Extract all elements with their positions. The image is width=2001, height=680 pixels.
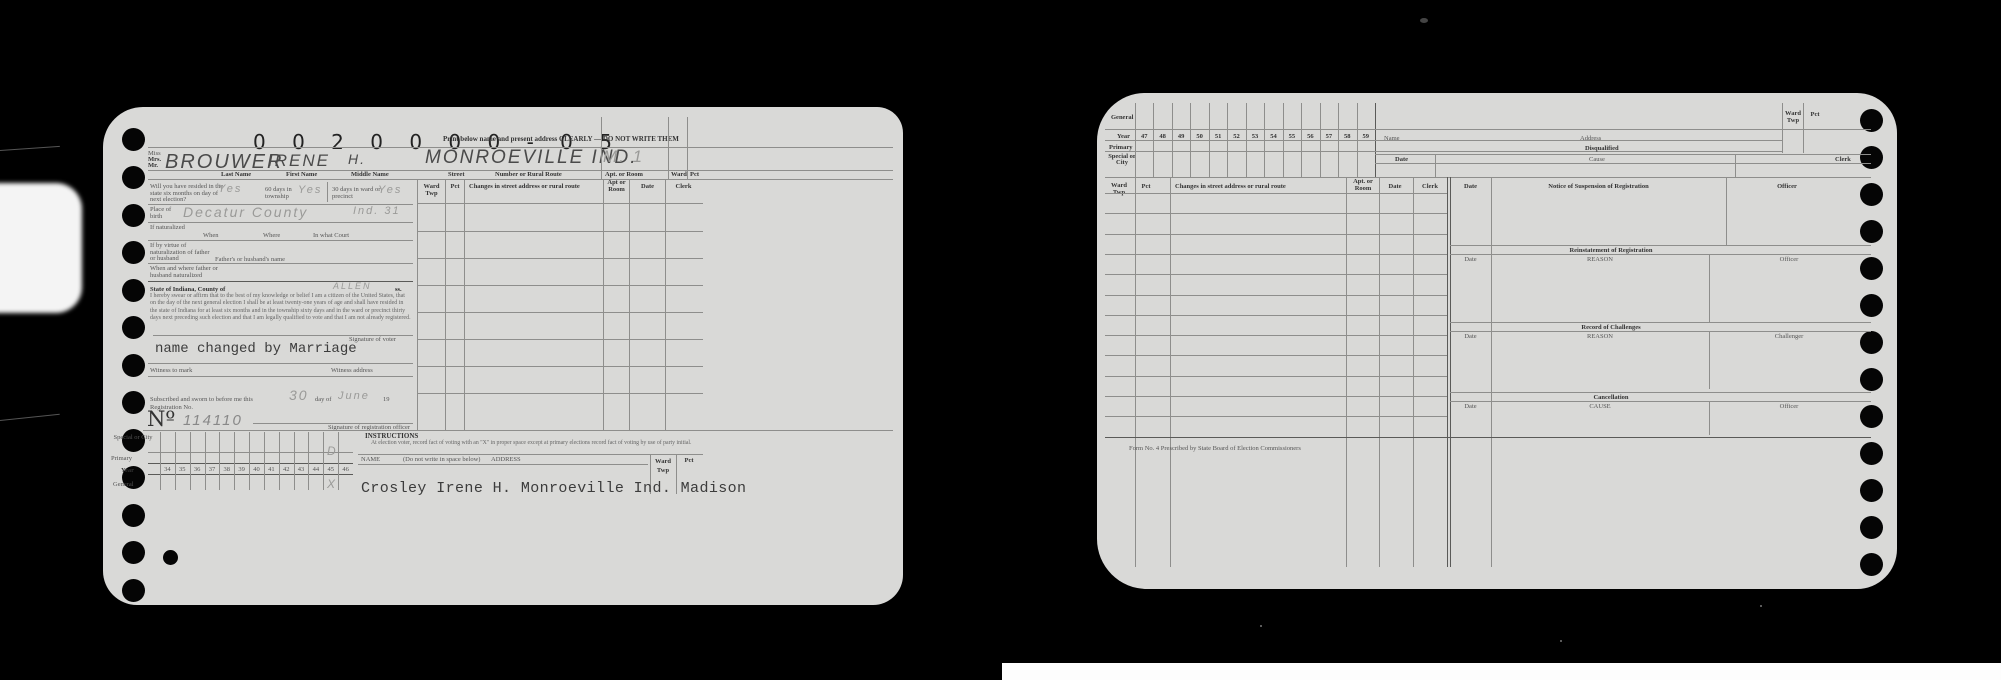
grid-line [205, 432, 206, 490]
punch-hole [122, 279, 145, 302]
rule [1170, 177, 1171, 567]
township-answer: Yes [298, 184, 322, 196]
film-speck [1420, 18, 1428, 23]
rule [148, 263, 413, 264]
grid-line [308, 432, 309, 490]
suspension-header-date: Date [1450, 183, 1491, 190]
subscribed-text: Subscribed and sworn to before me this [150, 396, 253, 403]
rule [1709, 331, 1710, 389]
number-label: Number or Rural Route [495, 171, 562, 178]
punch-hole [1860, 146, 1883, 169]
table-row [1105, 355, 1447, 356]
rule [1450, 392, 1871, 393]
year-label: 45 [323, 466, 338, 473]
apt-label: Apt. or Room [605, 171, 643, 178]
street-label: Street [448, 171, 464, 178]
film-speck [1760, 605, 1762, 607]
rule [148, 179, 893, 180]
rule [1735, 154, 1736, 177]
change-header-date: Date [630, 183, 665, 190]
challenges-header-challenger: Challenger [1709, 333, 1869, 340]
back-row-label-year: Year [1117, 133, 1130, 140]
witness-label: Witness to mark [150, 367, 192, 374]
year-label: 39 [234, 466, 249, 473]
birth-value: Decatur County [183, 204, 308, 220]
typed-note: name changed by Marriage [155, 341, 357, 357]
naturalized-label: If naturalized [150, 225, 190, 232]
row-label-primary: Primary [111, 455, 132, 462]
film-edge-strip [1002, 663, 2001, 680]
disqualified-date-label: Date [1395, 156, 1408, 163]
punch-hole [122, 166, 145, 189]
change-header-clerk: Clerk [666, 183, 701, 190]
cancellation-heading: Cancellation [1491, 394, 1731, 401]
ward-label: Ward [671, 171, 687, 178]
oath-heading: State of Indiana, County of [150, 286, 225, 293]
punch-hole [1860, 442, 1883, 465]
naturalized-when: When [203, 232, 219, 239]
punch-hole [122, 504, 145, 527]
index-do-not-write: (Do not write in space below) [403, 456, 480, 463]
pct-label: Pct [690, 171, 699, 178]
typed-index-line: Crosley Irene H. Monroeville Ind. Madiso… [361, 480, 746, 497]
header-instruction: Print below name and present address CLE… [443, 136, 679, 143]
grid-line [338, 432, 339, 490]
year-label: 43 [294, 466, 309, 473]
rule [358, 454, 703, 455]
table-row [1105, 234, 1447, 235]
table-row [1105, 254, 1447, 255]
ward-handwritten-value: M. 1 [603, 147, 644, 167]
suspension-header-notice: Notice of Suspension of Registration [1491, 183, 1706, 190]
table-row [417, 231, 703, 232]
back-row-label-special: Special or City [1107, 154, 1137, 166]
rule [1413, 177, 1414, 567]
back-row-label-primary: Primary [1109, 144, 1132, 151]
table-row [417, 312, 703, 313]
punch-hole [122, 204, 145, 227]
back-name-label: Name [1384, 135, 1400, 142]
disqualified-clerk-label: Clerk [1835, 156, 1851, 163]
back-address-label: Address [1580, 135, 1601, 142]
back-change-header-pct: Pct [1135, 183, 1157, 190]
registration-card-front: 0 0 2 0 0 0 0 - 0 5 Print below name and… [103, 107, 903, 605]
grid-line [160, 432, 161, 490]
middle-name-value: H. [348, 151, 366, 167]
reinstatement-header-officer: Officer [1709, 256, 1869, 263]
year-label: 42 [279, 466, 294, 473]
change-header-apt: Apt or Room [604, 180, 629, 193]
rule [1105, 129, 1871, 130]
year-label: 58 [1338, 133, 1356, 140]
primary-mark-42: D [327, 444, 338, 458]
rule [1379, 177, 1380, 567]
year-label: 55 [1283, 133, 1301, 140]
rule [687, 117, 688, 179]
punch-hole [122, 541, 145, 564]
rule [148, 463, 353, 464]
table-row [1105, 315, 1447, 316]
index-pct-label: Pct [677, 457, 701, 464]
ward-residency-question: 30 days in ward or precinct [332, 187, 382, 200]
rule [1709, 401, 1710, 435]
table-row [1105, 396, 1447, 397]
naturalized-court: In what Court [313, 232, 349, 239]
year-label: 54 [1264, 133, 1282, 140]
row-label-special: Special or City [113, 435, 153, 441]
punch-hole [1860, 294, 1883, 317]
rule [1447, 177, 1448, 567]
instructions-text: At election voter, record fact of voting… [371, 440, 701, 447]
year-label: 57 [1320, 133, 1338, 140]
rule [148, 222, 413, 223]
punch-hole [1860, 553, 1883, 576]
parent-name-label: Father's or husband's name [215, 256, 285, 263]
rule [1435, 154, 1436, 177]
table-row [1105, 274, 1447, 275]
punch-hole-small [163, 550, 178, 565]
grid-line [175, 432, 176, 490]
oath-ss: ss. [395, 286, 402, 293]
cancellation-header-officer: Officer [1709, 403, 1869, 410]
table-row [417, 366, 703, 367]
back-ward-label: Ward Twp [1783, 111, 1803, 124]
grid-line [219, 432, 220, 490]
punch-hole [122, 354, 145, 377]
general-mark-42: X [327, 477, 337, 491]
back-change-header-ward: Ward Twp [1105, 183, 1133, 196]
rule [148, 363, 413, 364]
year-label: 37 [205, 466, 220, 473]
index-name-label: NAME [361, 456, 380, 463]
rule [1450, 254, 1871, 255]
rule [1491, 177, 1492, 567]
change-header-address: Changes in street address or rural route [469, 183, 580, 190]
year-label: 51 [1209, 133, 1227, 140]
subscribed-month: June [338, 390, 370, 402]
year-label: 49 [1172, 133, 1190, 140]
birth-label: Place of birth [150, 207, 180, 220]
grid-line [249, 432, 250, 490]
punch-hole [122, 316, 145, 339]
year-label: 52 [1227, 133, 1245, 140]
table-row [1105, 193, 1447, 194]
rule [1450, 177, 1451, 567]
year-label: 56 [1301, 133, 1319, 140]
grid-line [234, 432, 235, 490]
first-name-value: IRENE [268, 151, 330, 171]
rule [1135, 177, 1136, 567]
year-label: 47 [1135, 133, 1153, 140]
year-label: 44 [308, 466, 323, 473]
cancellation-header-cause: CAUSE [1491, 403, 1709, 410]
year-label: 38 [219, 466, 234, 473]
punch-hole [1860, 220, 1883, 243]
grid-line [323, 432, 324, 490]
grid-line [264, 432, 265, 490]
last-name-label: Last Name [221, 171, 251, 178]
film-scratch [0, 146, 60, 151]
rule [148, 376, 413, 377]
table-row [417, 285, 703, 286]
back-change-header-clerk: Clerk [1414, 183, 1446, 190]
table-row [1105, 335, 1447, 336]
year-label: 34 [160, 466, 175, 473]
name-prefix: Miss Mrs. Mr. [148, 151, 161, 169]
rule [143, 430, 893, 431]
row-label-general: General [113, 481, 134, 488]
number-prefix: Nº [147, 407, 175, 431]
state-residency-answer: Yes [218, 183, 242, 195]
subscribed-day: 30 [289, 387, 309, 403]
rule [148, 240, 413, 241]
year-label: 48 [1153, 133, 1171, 140]
rule [1450, 331, 1871, 332]
table-row [417, 339, 703, 340]
reinstatement-heading: Reinstatement of Registration [1491, 247, 1731, 254]
back-change-header-address: Changes in street address or rural route [1175, 183, 1286, 190]
year-label: 53 [1246, 133, 1264, 140]
back-change-header-apt: Apt. or Room [1350, 179, 1376, 192]
film-speck [1260, 625, 1262, 627]
table-row [417, 393, 703, 394]
disqualified-heading: Disqualified [1585, 145, 1619, 152]
disqualified-cause-label: Cause [1589, 156, 1605, 163]
subscribed-year-prefix: 19 [383, 396, 390, 403]
punch-hole [122, 579, 145, 602]
challenges-heading: Record of Challenges [1491, 324, 1731, 331]
year-label: 36 [190, 466, 205, 473]
punch-hole [1860, 479, 1883, 502]
rule [1375, 154, 1871, 155]
punch-hole [1860, 368, 1883, 391]
index-address-label: ADDRESS [491, 456, 521, 463]
grid-line [279, 432, 280, 490]
instructions-heading: INSTRUCTIONS [365, 433, 418, 440]
table-row [1105, 376, 1447, 377]
film-scratch [0, 414, 60, 421]
punch-hole [1860, 516, 1883, 539]
rule [1105, 140, 1782, 141]
rule [1375, 163, 1871, 164]
table-row [1105, 213, 1447, 214]
back-pct-label: Pct [1805, 111, 1825, 118]
change-header-pct: Pct [446, 183, 464, 190]
punch-hole [122, 391, 145, 414]
registration-card-back: General Year Primary Special or City 474… [1097, 93, 1897, 589]
year-label: 35 [175, 466, 190, 473]
back-change-header-date: Date [1380, 183, 1410, 190]
rule [1726, 177, 1727, 245]
year-label: 40 [249, 466, 264, 473]
back-row-label-general: General [1111, 114, 1133, 121]
year-label: 46 [338, 466, 353, 473]
change-header-ward: Ward Twp [419, 183, 444, 197]
naturalized-where: Where [263, 232, 280, 239]
rule [1105, 177, 1871, 178]
parent-naturalization-label: If by virtue of naturalization of father… [150, 243, 210, 263]
rule [1450, 401, 1871, 402]
rule [148, 452, 353, 453]
challenges-header-date: Date [1450, 333, 1491, 340]
year-label: 41 [264, 466, 279, 473]
grid-line [294, 432, 295, 490]
year-label: 50 [1190, 133, 1208, 140]
reinstatement-header-date: Date [1450, 256, 1491, 263]
rule [668, 117, 669, 179]
punch-hole [122, 128, 145, 151]
row-label-year: Year [121, 467, 134, 474]
grid-line [190, 432, 191, 490]
registration-number: 114110 [183, 412, 243, 429]
county-value: ALLEN [333, 281, 372, 291]
suspension-header-officer: Officer [1707, 183, 1867, 190]
table-row [417, 258, 703, 259]
rule [1803, 103, 1804, 153]
table-row [1105, 416, 1447, 417]
index-ward-label: Ward Twp [651, 457, 675, 475]
first-name-label: First Name [286, 171, 317, 178]
birth-year: Ind. 31 [353, 205, 401, 217]
witness-address-label: Witness address [331, 367, 373, 374]
table-row [417, 203, 703, 204]
rule [148, 474, 353, 475]
ward-residency-answer: Yes [378, 184, 402, 196]
rule [1346, 177, 1347, 567]
rule [1709, 254, 1710, 322]
year-label: 59 [1357, 133, 1375, 140]
rule [1450, 322, 1871, 323]
parent-naturalized-label: When and where father or husband natural… [150, 266, 220, 279]
rule [1105, 437, 1871, 438]
table-row [1105, 295, 1447, 296]
subscribed-day-of: day of [315, 396, 331, 403]
cancellation-header-date: Date [1450, 403, 1491, 410]
film-glare [0, 183, 82, 313]
reinstatement-header-reason: REASON [1491, 256, 1709, 263]
rule [327, 182, 328, 202]
film-speck [1560, 640, 1562, 642]
rule [1450, 245, 1871, 246]
oath-text: I hereby swear or affirm that to the bes… [150, 293, 412, 323]
form-footer: Form No. 4 Prescribed by State Board of … [1129, 445, 1301, 452]
punch-hole [122, 241, 145, 264]
rule [148, 281, 413, 282]
rule [601, 117, 602, 179]
rule [1105, 151, 1782, 152]
middle-name-label: Middle Name [351, 171, 389, 178]
challenges-header-reason: REASON [1491, 333, 1709, 340]
rule [358, 464, 648, 465]
